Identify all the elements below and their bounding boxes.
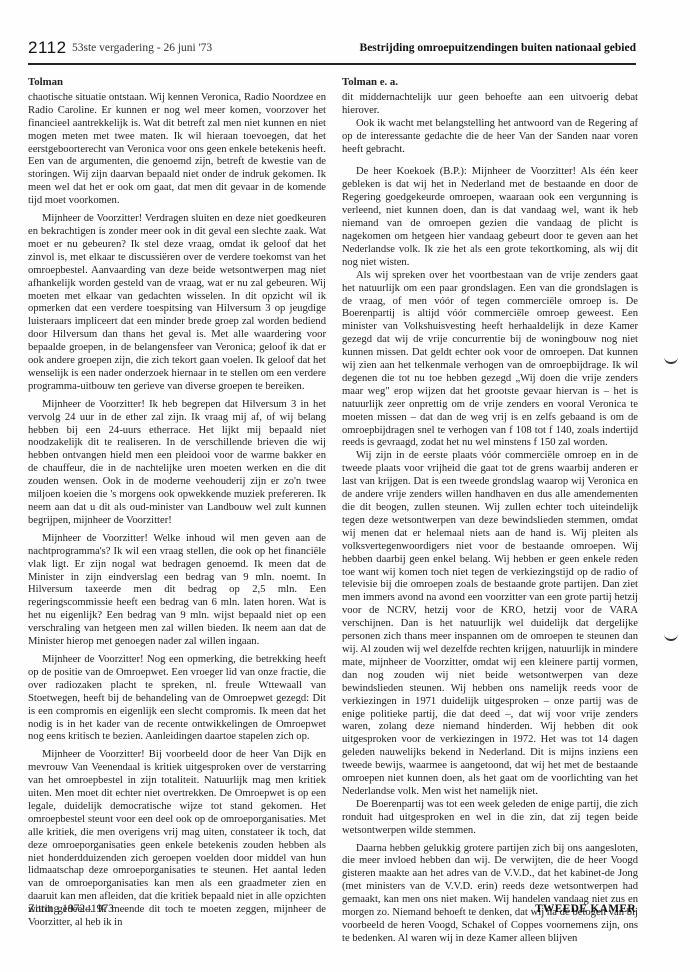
document-page: 2112 53ste vergadering - 26 juni '73 Bes… <box>0 0 700 972</box>
left-column: Tolman chaotische situatie ontstaan. Wij… <box>28 76 326 930</box>
left-column-speaker-heading: Tolman <box>28 76 326 89</box>
margin-mark-icon <box>664 356 678 364</box>
page-number: 2112 <box>28 38 67 58</box>
margin-mark-icon <box>664 633 678 641</box>
page-topic-title: Bestrijding omroepuitzendingen buiten na… <box>360 42 636 54</box>
paragraph: Ook ik wacht met belangstelling het antw… <box>342 118 638 157</box>
session-label: Zitting 1972–1973 <box>28 903 114 915</box>
paragraph: Mijnheer de Voorzitter! Verdragen sluite… <box>28 213 326 394</box>
paragraph: Daarna hebben gelukkig grotere partijen … <box>342 843 638 946</box>
speaker-paragraph-koekoek: De heer Koekoek (B.P.): Mijnheer de Voor… <box>342 166 638 269</box>
right-column: Tolman e. a. dit middernachtelijk uur ge… <box>342 76 638 946</box>
paragraph: Mijnheer de Voorzitter! Nog een opmerkin… <box>28 654 326 744</box>
paragraph: Als wij spreken over het voortbestaan va… <box>342 270 638 451</box>
page-footer: Zitting 1972–1973 TWEEDE KAMER <box>28 903 636 919</box>
page-header: 2112 53ste vergadering - 26 juni '73 Bes… <box>28 38 636 60</box>
paragraph: Mijnheer de Voorzitter! Welke inhoud wil… <box>28 533 326 649</box>
house-label: TWEEDE KAMER <box>535 903 636 915</box>
header-rule <box>28 63 636 65</box>
paragraph: De Boerenpartij was tot een week geleden… <box>342 799 638 838</box>
paragraph: dit middernachtelijk uur geen behoefte a… <box>342 92 638 118</box>
right-column-speaker-heading: Tolman e. a. <box>342 76 638 89</box>
paragraph: Wij zijn in de eerste plaats vóór commer… <box>342 450 638 798</box>
meeting-date: 53ste vergadering - 26 juni '73 <box>72 42 212 54</box>
paragraph: Mijnheer de Voorzitter! Ik heb begrepen … <box>28 399 326 528</box>
paragraph: chaotische situatie ontstaan. Wij kennen… <box>28 92 326 208</box>
